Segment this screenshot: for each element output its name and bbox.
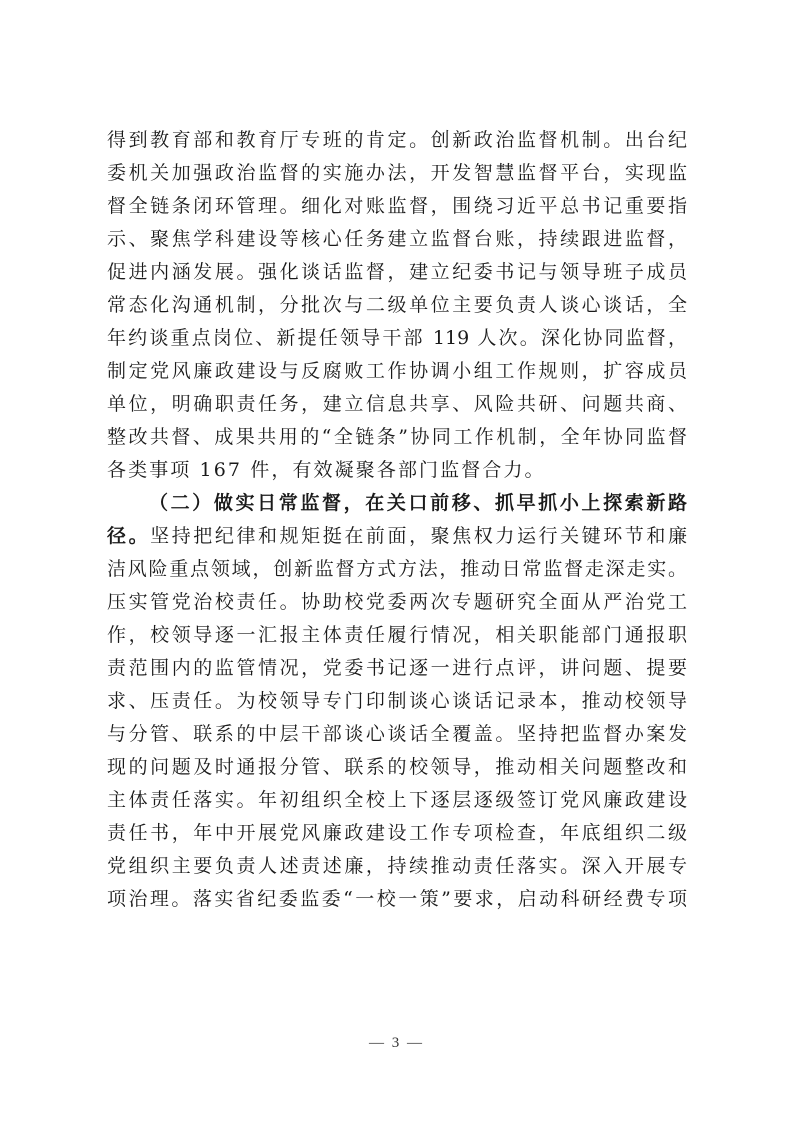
paragraph-2-line-2: 径。坚持把纪律和规矩挺在前面，聚焦权力运行关键环节和廉 <box>107 522 687 555</box>
paragraph-2-heading-line: （二）做实日常监督，在关口前移、抓早抓小上探索新路 <box>107 489 687 522</box>
section-heading-end: 径。 <box>107 525 150 547</box>
paragraph-1-line-6: 常态化沟通机制，分批次与二级单位主要负责人谈心谈话，全 <box>107 291 687 324</box>
paragraph-2-line-2-rest: 坚持把纪律和规矩挺在前面，聚焦权力运行关键环节和廉 <box>150 525 687 547</box>
paragraph-1-line-11: 各类事项 167 件，有效凝聚各部门监督合力。 <box>107 456 687 489</box>
paragraph-1-line-4: 示、聚焦学科建设等核心任务建立监督台账，持续跟进监督， <box>107 225 687 258</box>
paragraph-1-line-5: 促进内涵发展。强化谈话监督，建立纪委书记与领导班子成员 <box>107 258 687 291</box>
paragraph-1-line-7: 年约谈重点岗位、新提任领导干部 119 人次。深化协同监督， <box>107 324 687 357</box>
paragraph-2-line-11: 责任书，年中开展党风廉政建设工作专项检查，年底组织二级 <box>107 819 687 852</box>
document-page: 得到教育部和教育厅专班的肯定。创新政治监督机制。出台纪 委机关加强政治监督的实施… <box>0 0 793 1122</box>
paragraph-1-line-8: 制定党风廉政建设与反腐败工作协调小组工作规则，扩容成员 <box>107 357 687 390</box>
paragraph-2-line-3: 洁风险重点领域，创新监督方式方法，推动日常监督走深走实。 <box>107 555 687 588</box>
paragraph-2-line-9: 现的问题及时通报分管、联系的校领导，推动相关问题整改和 <box>107 753 687 786</box>
paragraph-2-line-4: 压实管党治校责任。协助校党委两次专题研究全面从严治党工 <box>107 588 687 621</box>
paragraph-1-line-1: 得到教育部和教育厅专班的肯定。创新政治监督机制。出台纪 <box>107 126 687 159</box>
body-text: 得到教育部和教育厅专班的肯定。创新政治监督机制。出台纪 委机关加强政治监督的实施… <box>107 126 687 918</box>
paragraph-1-line-9: 单位，明确职责任务，建立信息共享、风险共研、问题共商、 <box>107 390 687 423</box>
paragraph-1-line-2: 委机关加强政治监督的实施办法，开发智慧监督平台，实现监 <box>107 159 687 192</box>
paragraph-1-line-10: 整改共督、成果共用的“全链条”协同工作机制，全年协同监督 <box>107 423 687 456</box>
paragraph-2-line-12: 党组织主要负责人述责述廉，持续推动责任落实。深入开展专 <box>107 852 687 885</box>
paragraph-2-line-10: 主体责任落实。年初组织全校上下逐层逐级签订党风廉政建设 <box>107 786 687 819</box>
section-heading: （二）做实日常监督，在关口前移、抓早抓小上探索新路 <box>107 489 687 522</box>
paragraph-2-line-6: 责范围内的监管情况，党委书记逐一进行点评，讲问题、提要 <box>107 654 687 687</box>
paragraph-2-line-7: 求、压责任。为校领导专门印制谈心谈话记录本，推动校领导 <box>107 687 687 720</box>
paragraph-2-line-8: 与分管、联系的中层干部谈心谈话全覆盖。坚持把监督办案发 <box>107 720 687 753</box>
paragraph-2-line-5: 作，校领导逐一汇报主体责任履行情况，相关职能部门通报职 <box>107 621 687 654</box>
paragraph-2-line-13: 项治理。落实省纪委监委“一校一策”要求，启动科研经费专项 <box>107 885 687 918</box>
page-number: — 3 — <box>0 1035 793 1052</box>
paragraph-1-line-3: 督全链条闭环管理。细化对账监督，围绕习近平总书记重要指 <box>107 192 687 225</box>
